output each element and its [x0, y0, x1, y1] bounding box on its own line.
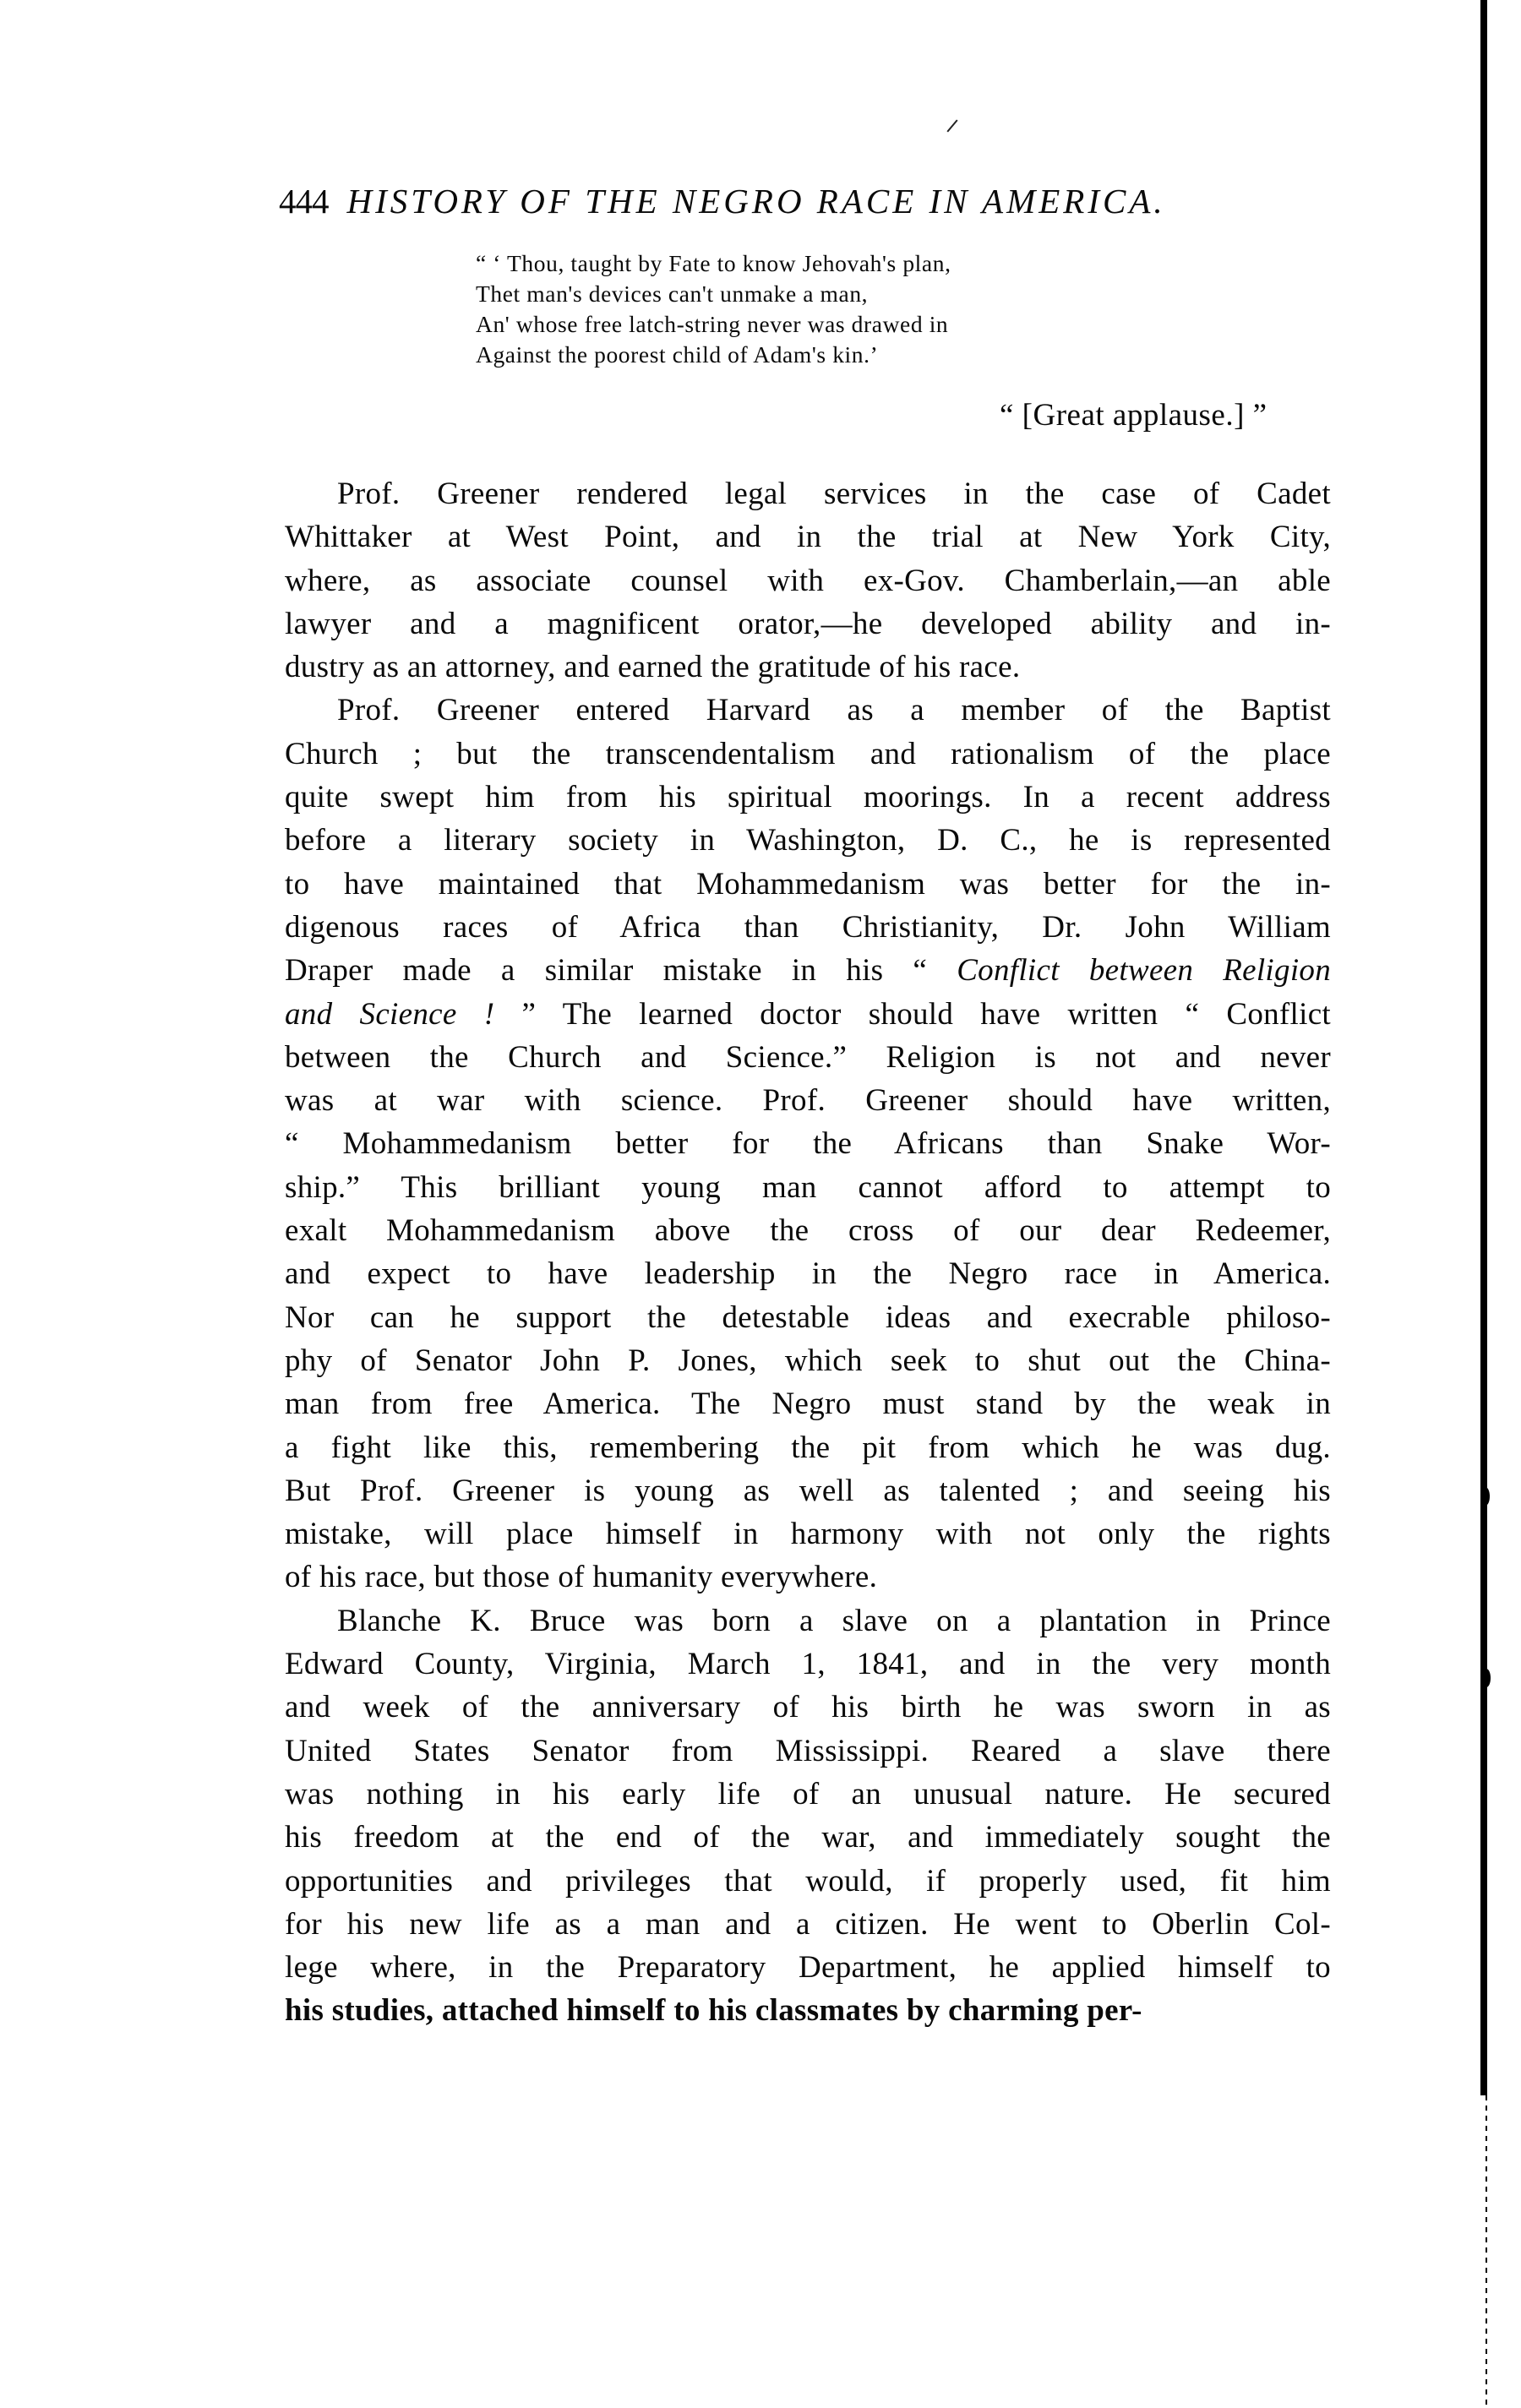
text-line: for his new life as a man and a citizen.… — [285, 1903, 1331, 1946]
poem-quotation: “ ‘ Thou, taught by Fate to know Jehovah… — [476, 248, 1152, 370]
text-line: Nor can he support the detestable ideas … — [285, 1296, 1331, 1339]
paragraph: Prof. Greener rendered legal services in… — [285, 472, 1331, 689]
text-line: “ Mohammedanism better for the Africans … — [285, 1122, 1331, 1165]
text-line: his freedom at the end of the war, and i… — [285, 1816, 1331, 1859]
book-page: 444HISTORY OF THE NEGRO RACE IN AMERICA.… — [0, 0, 1521, 2408]
text-run: ” The learned doctor should have written… — [494, 997, 1331, 1032]
text-run: Draper made a similar mistake in his “ — [285, 953, 957, 988]
paragraph: Blanche K. Bruce was born a slave on a p… — [285, 1599, 1331, 2033]
text-line: where, as associate counsel with ex-Gov.… — [285, 559, 1331, 602]
text-line: Draper made a similar mistake in his “ C… — [285, 949, 1331, 992]
page-edge-dotted — [1486, 2095, 1487, 2408]
text-line: Whittaker at West Point, and in the tria… — [285, 515, 1331, 558]
running-header: 444HISTORY OF THE NEGRO RACE IN AMERICA. — [279, 181, 1344, 223]
text-line: to have maintained that Mohammedanism wa… — [285, 863, 1331, 906]
poem-line: Thet man's devices can't unmake a man, — [476, 279, 1152, 309]
text-line: man from free America. The Negro must st… — [285, 1382, 1331, 1425]
text-line: Prof. Greener rendered legal services in… — [285, 472, 1331, 515]
body-text: Prof. Greener rendered legal services in… — [285, 472, 1331, 2033]
running-title: HISTORY OF THE NEGRO RACE IN AMERICA. — [347, 182, 1166, 221]
text-line: But Prof. Greener is young as well as ta… — [285, 1469, 1331, 1512]
text-line: Edward County, Virginia, March 1, 1841, … — [285, 1643, 1331, 1686]
page-edge-blot — [1481, 1487, 1490, 1506]
text-line: digenous races of Africa than Christiani… — [285, 906, 1331, 949]
text-line: Prof. Greener entered Harvard as a membe… — [285, 689, 1331, 732]
text-line: was nothing in his early life of an unus… — [285, 1773, 1331, 1816]
text-line: and Science ! ” The learned doctor shoul… — [285, 993, 1331, 1036]
poem-line: An' whose free latch-string never was dr… — [476, 309, 1152, 340]
text-line: phy of Senator John P. Jones, which seek… — [285, 1339, 1331, 1382]
book-title-italic: and Science ! — [285, 997, 494, 1032]
page-edge-shadow — [1480, 0, 1487, 2095]
text-line: quite swept him from his spiritual moori… — [285, 776, 1331, 819]
text-line: exalt Mohammedanism above the cross of o… — [285, 1209, 1331, 1252]
page-edge-blot — [1482, 1669, 1491, 1687]
text-line: was at war with science. Prof. Greener s… — [285, 1079, 1331, 1122]
text-line: before a literary society in Washington,… — [285, 819, 1331, 862]
text-line: United States Senator from Mississippi. … — [285, 1730, 1331, 1773]
text-line: Blanche K. Bruce was born a slave on a p… — [285, 1599, 1331, 1643]
text-line: lawyer and a magnificent orator,—he deve… — [285, 602, 1331, 646]
text-line: and week of the anniversary of his birth… — [285, 1686, 1331, 1729]
text-line: his studies, attached himself to his cla… — [285, 1989, 1331, 2032]
text-line: of his race, but those of humanity every… — [285, 1555, 1331, 1599]
stray-pen-mark — [946, 119, 957, 132]
text-line: dustry as an attorney, and earned the gr… — [285, 646, 1331, 689]
text-line: ship.” This brilliant young man cannot a… — [285, 1166, 1331, 1209]
poem-line: Against the poorest child of Adam's kin.… — [476, 340, 1152, 370]
text-line: Church ; but the transcendentalism and r… — [285, 733, 1331, 776]
page-number: 444 — [279, 182, 329, 221]
book-title-italic: Conflict between Religion — [957, 953, 1331, 988]
applause-note: “ [Great applause.] ” — [1000, 396, 1267, 435]
text-line: between the Church and Science.” Religio… — [285, 1036, 1331, 1079]
text-line: mistake, will place himself in harmony w… — [285, 1512, 1331, 1555]
text-line: and expect to have leadership in the Neg… — [285, 1252, 1331, 1295]
poem-line: “ ‘ Thou, taught by Fate to know Jehovah… — [476, 248, 1152, 279]
text-line: lege where, in the Preparatory Departmen… — [285, 1946, 1331, 1989]
paragraph: Prof. Greener entered Harvard as a membe… — [285, 689, 1331, 1599]
text-line: opportunities and privileges that would,… — [285, 1860, 1331, 1903]
text-line: a fight like this, remembering the pit f… — [285, 1426, 1331, 1469]
